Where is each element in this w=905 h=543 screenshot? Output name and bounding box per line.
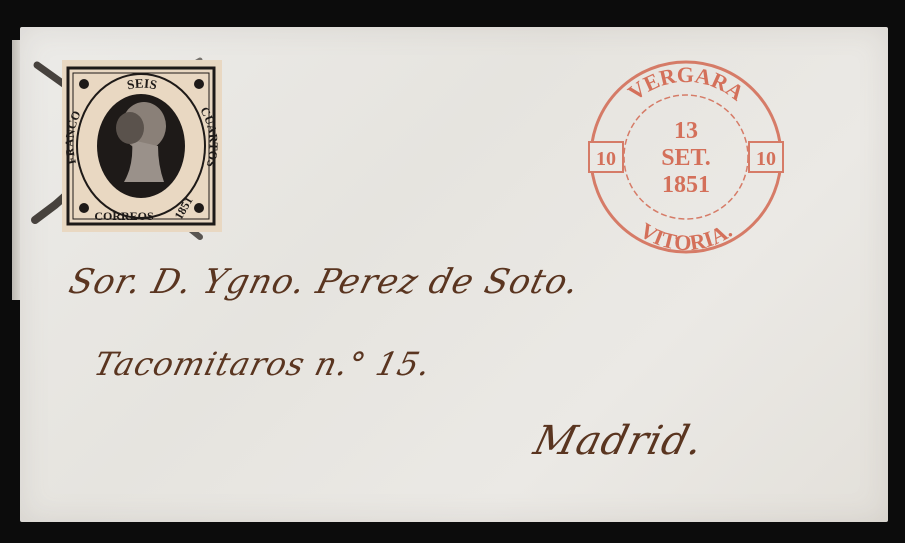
svg-text:VERGARA: VERGARA <box>623 62 749 106</box>
postmark-year: 1851 <box>662 172 710 198</box>
postmark: VERGARA VITORIA. 10 10 13 SET. 1851 <box>586 60 786 260</box>
stamp-bottom-text: CORREOS <box>94 209 154 223</box>
postmark-town-bottom: VITORIA. <box>636 218 737 256</box>
address-line-street: Tacomitaros n.° 15. <box>90 345 435 383</box>
postmark-left-box: 10 <box>596 148 616 170</box>
postmark-right-box: 10 <box>756 148 776 170</box>
postmark-day: 13 <box>674 118 698 144</box>
postage-stamp: SEIS FRANCO CUARTOS CORREOS 1851 <box>62 60 222 232</box>
svg-text:VITORIA.: VITORIA. <box>636 218 737 256</box>
stamp-top-text: SEIS <box>126 76 159 93</box>
svg-text:SEIS: SEIS <box>126 76 159 93</box>
address-line-city: Madrid. <box>529 418 708 464</box>
postmark-month: SET. <box>661 145 711 171</box>
postmark-town-top: VERGARA <box>623 62 749 106</box>
address-line-recipient: Sor. D. Ygno. Perez de Soto. <box>65 262 583 302</box>
